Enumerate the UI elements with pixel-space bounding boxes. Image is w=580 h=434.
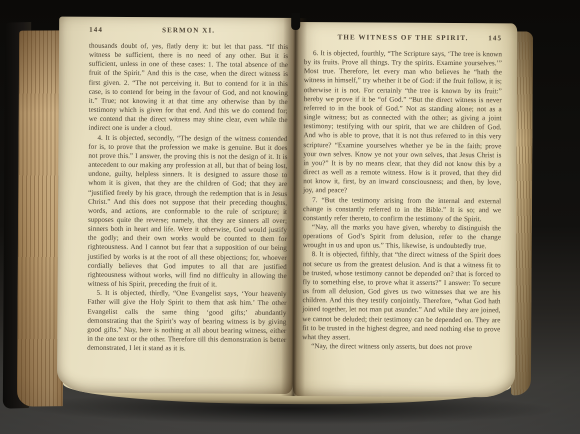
open-book: 144 SERMON XI. thousands doubt of, yes, …	[0, 0, 580, 434]
left-running-header: SERMON XI.	[115, 26, 262, 35]
book-photo: 144 SERMON XI. thousands doubt of, yes, …	[0, 0, 580, 434]
right-running-header: THE WITNESS OF THE SPIRIT.	[330, 33, 476, 42]
paragraph: 4. It is objected, secondly, “The design…	[88, 133, 288, 290]
paragraph: “Nay, the direct witness only asserts, b…	[302, 342, 500, 352]
paragraph: 5. It is objected, thirdly, “One Evangel…	[87, 289, 286, 354]
paragraph: 8. It is objected, fifthly, that “the di…	[302, 251, 501, 344]
paragraph: thousands doubt of, yes, flatly deny it:…	[89, 42, 289, 135]
right-page-number: 145	[476, 34, 502, 42]
paragraph: 7. “But the testimony arising from the i…	[303, 196, 501, 225]
left-page-body: thousands doubt of, yes, flatly deny it:…	[87, 42, 288, 355]
right-page-body: 6. It is objected, fourthly, “The Script…	[302, 49, 502, 352]
left-page-number: 144	[89, 26, 115, 34]
left-page: 144 SERMON XI. thousands doubt of, yes, …	[57, 17, 295, 394]
left-page-header: 144 SERMON XI.	[89, 26, 288, 35]
right-page-header: THE WITNESS OF THE SPIRIT. 145	[304, 33, 502, 42]
paragraph: 6. It is objected, fourthly, “The Script…	[303, 49, 502, 197]
paragraph: “Nay, all the marks you have given, wher…	[303, 223, 501, 252]
spine-binding-notch	[291, 13, 300, 30]
right-page: THE WITNESS OF THE SPIRIT. 145 6. It is …	[293, 22, 517, 397]
